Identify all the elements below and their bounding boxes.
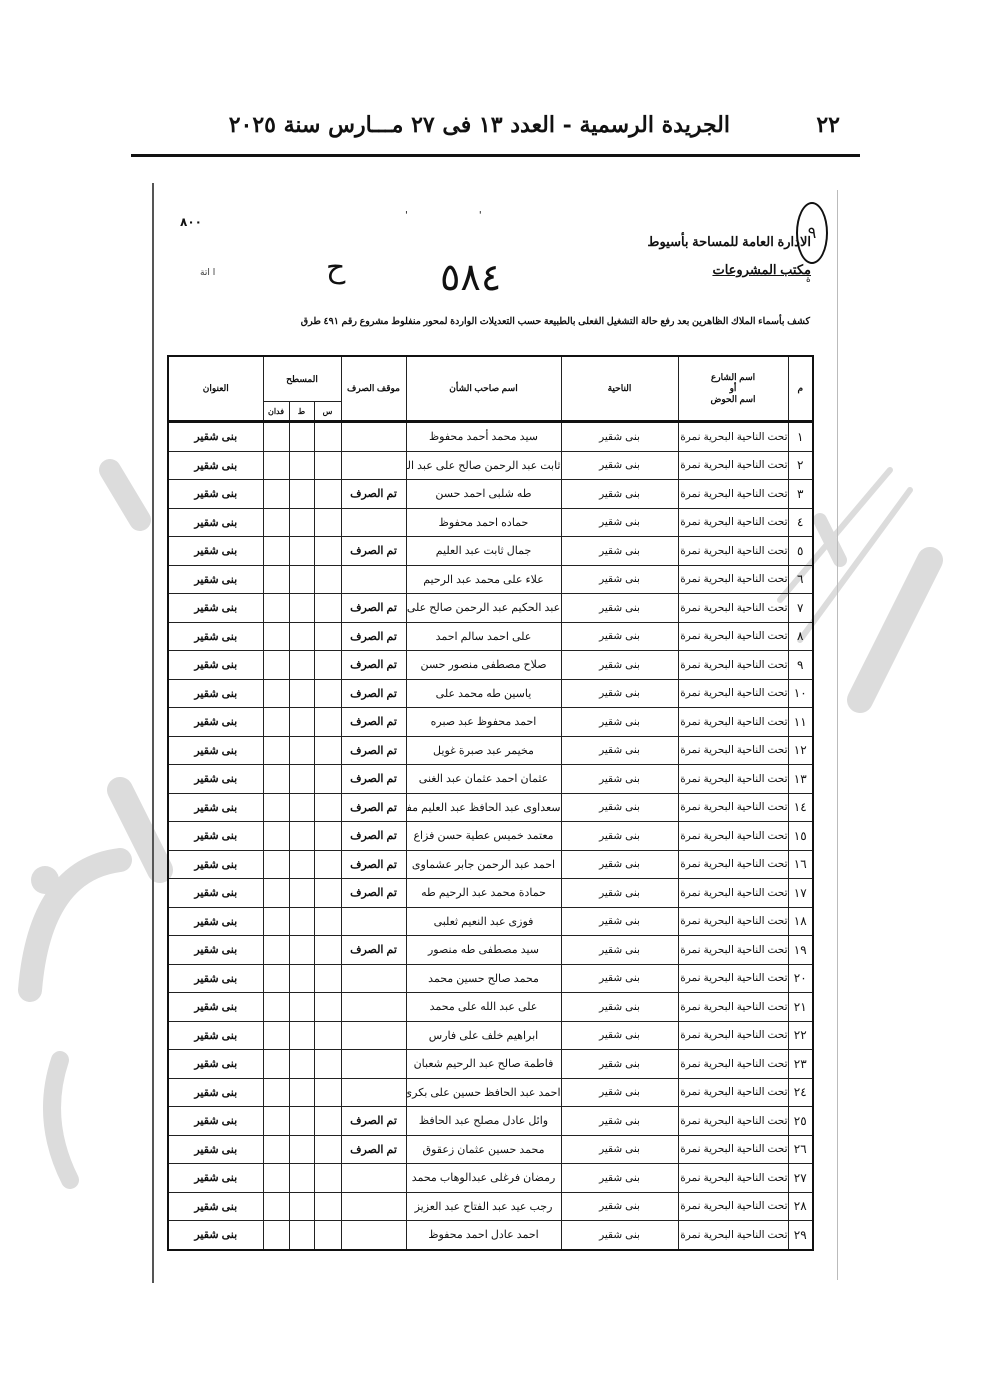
street-cell: تحت الناحية البحرية نمرة ٨ (678, 565, 788, 594)
table-row: ١تحت الناحية البحرية نمرة ٨بنى شقيرسيد م… (168, 422, 813, 452)
table-header: م اسم الشارع أو اسم الحوض الناحية اسم صا… (168, 356, 813, 422)
document-subtitle: كشف بأسماء الملاك الظاهرين بعد رفع حالة … (290, 316, 810, 327)
payment-status-cell: تم الصرف (341, 651, 406, 680)
address-cell: بنى شقير (168, 850, 263, 879)
area-qirat-cell (289, 537, 314, 566)
area-qirat-cell (289, 993, 314, 1022)
serial-cell: ٢٢ (788, 1021, 813, 1050)
village-cell: بنى شقير (561, 765, 678, 794)
address-cell: بنى شقير (168, 1021, 263, 1050)
address-cell: بنى شقير (168, 537, 263, 566)
area-qirat-cell (289, 1221, 314, 1250)
serial-cell: ٢٤ (788, 1078, 813, 1107)
village-cell: بنى شقير (561, 993, 678, 1022)
street-cell: تحت الناحية البحرية نمرة ٨ (678, 622, 788, 651)
area-sahm-cell (314, 1192, 341, 1221)
area-qirat-cell (289, 451, 314, 480)
table-row: ٦تحت الناحية البحرية نمرة ٨بنى شقيرعلاء … (168, 565, 813, 594)
address-cell: بنى شقير (168, 907, 263, 936)
street-cell: تحت الناحية البحرية نمرة ٨ (678, 451, 788, 480)
area-sahm-cell (314, 422, 341, 452)
table-row: ٢٠تحت الناحية البحرية نمرة ٨بنى شقيرمحمد… (168, 964, 813, 993)
payment-status-cell: تم الصرف (341, 537, 406, 566)
payment-status-cell (341, 565, 406, 594)
document-frame-right-border (837, 190, 838, 1280)
serial-cell: ١٣ (788, 765, 813, 794)
serial-cell: ٥ (788, 537, 813, 566)
address-cell: بنى شقير (168, 765, 263, 794)
owner-cell: معتمد خميس عطية حسن فزاع (406, 822, 561, 851)
area-sahm-cell (314, 1107, 341, 1136)
table-row: ١٤تحت الناحية البحرية نمرة ٨بنى شقيرسعدا… (168, 793, 813, 822)
payment-status-cell (341, 422, 406, 452)
table-row: ٤تحت الناحية البحرية نمرة ٨بنى شقيرحماده… (168, 508, 813, 537)
village-cell: بنى شقير (561, 1107, 678, 1136)
payment-status-cell (341, 964, 406, 993)
area-feddan-cell (263, 765, 289, 794)
area-qirat-cell (289, 936, 314, 965)
street-cell: تحت الناحية البحرية نمرة ٨ (678, 1192, 788, 1221)
street-cell: تحت الناحية البحرية نمرة ٨ (678, 679, 788, 708)
payment-status-cell: تم الصرف (341, 822, 406, 851)
area-feddan-cell (263, 622, 289, 651)
area-feddan-cell (263, 879, 289, 908)
header-area-feddan: فدان (263, 402, 289, 422)
area-feddan-cell (263, 850, 289, 879)
address-cell: بنى شقير (168, 422, 263, 452)
street-cell: تحت الناحية البحرية نمرة ٨ (678, 508, 788, 537)
table-row: ٢٥تحت الناحية البحرية نمرة ٨بنى شقيروائل… (168, 1107, 813, 1136)
area-feddan-cell (263, 651, 289, 680)
owner-cell: عثمان احمد عثمان عبد الغنى (406, 765, 561, 794)
area-sahm-cell (314, 964, 341, 993)
header-divider (131, 154, 860, 157)
payment-status-cell (341, 1021, 406, 1050)
serial-cell: ٢٧ (788, 1164, 813, 1193)
area-qirat-cell (289, 1107, 314, 1136)
gazette-title: الجريدة الرسمية - العدد ١٣ فى ٢٧ مـــارس… (229, 112, 730, 138)
street-cell: تحت الناحية البحرية نمرة ٨ (678, 907, 788, 936)
area-qirat-cell (289, 879, 314, 908)
table-row: ١٥تحت الناحية البحرية نمرة ٨بنى شقيرمعتم… (168, 822, 813, 851)
address-cell: بنى شقير (168, 451, 263, 480)
area-sahm-cell (314, 679, 341, 708)
area-sahm-cell (314, 708, 341, 737)
area-sahm-cell (314, 1164, 341, 1193)
payment-status-cell: تم الصرف (341, 622, 406, 651)
area-feddan-cell (263, 537, 289, 566)
address-cell: بنى شقير (168, 1107, 263, 1136)
area-feddan-cell (263, 508, 289, 537)
area-sahm-cell (314, 537, 341, 566)
owner-cell: احمد عبد الرحمن جابر عشماوى (406, 850, 561, 879)
owner-cell: احمد عادل احمد محفوظ (406, 1221, 561, 1250)
area-sahm-cell (314, 1221, 341, 1250)
area-sahm-cell (314, 879, 341, 908)
owner-cell: سيد مصطفى طه منصور (406, 936, 561, 965)
area-qirat-cell (289, 622, 314, 651)
table-row: ١٠تحت الناحية البحرية نمرة ٨بنى شقيرياسي… (168, 679, 813, 708)
payment-status-cell (341, 1221, 406, 1250)
address-cell: بنى شقير (168, 1164, 263, 1193)
header-area-qirat: ط (289, 402, 314, 422)
street-cell: تحت الناحية البحرية نمرة ٨ (678, 1221, 788, 1250)
department-name: الادارة العامة للمساحة بأسيوط (647, 228, 811, 256)
address-cell: بنى شقير (168, 1050, 263, 1079)
payment-status-cell (341, 508, 406, 537)
payment-status-cell (341, 1050, 406, 1079)
serial-cell: ٢ (788, 451, 813, 480)
table-row: ١٦تحت الناحية البحرية نمرة ٨بنى شقيراحمد… (168, 850, 813, 879)
owner-cell: ياسين طه محمد على (406, 679, 561, 708)
page-number: ٢٢ (816, 112, 840, 138)
serial-cell: ٢٥ (788, 1107, 813, 1136)
serial-cell: ١١ (788, 708, 813, 737)
table-row: ٢٤تحت الناحية البحرية نمرة ٨بنى شقيراحمد… (168, 1078, 813, 1107)
serial-cell: ٤ (788, 508, 813, 537)
area-feddan-cell (263, 1221, 289, 1250)
address-cell: بنى شقير (168, 1221, 263, 1250)
village-cell: بنى شقير (561, 736, 678, 765)
table-row: ١٨تحت الناحية البحرية نمرة ٨بنى شقيرفوزى… (168, 907, 813, 936)
street-cell: تحت الناحية البحرية نمرة ٨ (678, 793, 788, 822)
area-qirat-cell (289, 1135, 314, 1164)
street-cell: تحت الناحية البحرية نمرة ٨ (678, 850, 788, 879)
owners-table: م اسم الشارع أو اسم الحوض الناحية اسم صا… (167, 355, 814, 1251)
village-cell: بنى شقير (561, 1078, 678, 1107)
street-cell: تحت الناحية البحرية نمرة ٨ (678, 879, 788, 908)
street-cell: تحت الناحية البحرية نمرة ٨ (678, 1107, 788, 1136)
payment-status-cell (341, 1078, 406, 1107)
payment-status-cell: تم الصرف (341, 879, 406, 908)
address-cell: بنى شقير (168, 508, 263, 537)
serial-cell: ٢٠ (788, 964, 813, 993)
street-cell: تحت الناحية البحرية نمرة ٨ (678, 422, 788, 452)
owner-cell: محمد صالح حسين محمد (406, 964, 561, 993)
stamp-marks-secondary: ا اتة (200, 268, 215, 278)
area-qirat-cell (289, 964, 314, 993)
serial-cell: ١٩ (788, 936, 813, 965)
owner-cell: عبد الحكيم عبد الرحمن صالح على (406, 594, 561, 623)
area-sahm-cell (314, 765, 341, 794)
handwritten-mark: ح (326, 250, 345, 285)
area-feddan-cell (263, 793, 289, 822)
table-row: ١٣تحت الناحية البحرية نمرة ٨بنى شقيرعثما… (168, 765, 813, 794)
header-area: المسطح (263, 356, 341, 402)
serial-cell: ٢٦ (788, 1135, 813, 1164)
village-cell: بنى شقير (561, 537, 678, 566)
village-cell: بنى شقير (561, 679, 678, 708)
area-qirat-cell (289, 822, 314, 851)
street-cell: تحت الناحية البحرية نمرة ٨ (678, 964, 788, 993)
street-cell: تحت الناحية البحرية نمرة ٨ (678, 480, 788, 509)
owner-cell: على احمد سالم احمد (406, 622, 561, 651)
owner-cell: حمادة محمد عبد الرحيم طه (406, 879, 561, 908)
village-cell: بنى شقير (561, 1192, 678, 1221)
village-cell: بنى شقير (561, 793, 678, 822)
owner-cell: فوزى عبد النعيم ثعلبى (406, 907, 561, 936)
address-cell: بنى شقير (168, 1135, 263, 1164)
area-feddan-cell (263, 822, 289, 851)
street-cell: تحت الناحية البحرية نمرة ٨ (678, 822, 788, 851)
area-feddan-cell (263, 1135, 289, 1164)
owner-cell: رمضان فرغلى عبدالوهاب محمد (406, 1164, 561, 1193)
table-row: ٢٧تحت الناحية البحرية نمرة ٨بنى شقيررمضا… (168, 1164, 813, 1193)
area-sahm-cell (314, 480, 341, 509)
area-feddan-cell (263, 936, 289, 965)
area-qirat-cell (289, 422, 314, 452)
owner-cell: مخيمر عبد صبرة غويل (406, 736, 561, 765)
area-feddan-cell (263, 736, 289, 765)
address-cell: بنى شقير (168, 1078, 263, 1107)
area-qirat-cell (289, 1164, 314, 1193)
area-sahm-cell (314, 1021, 341, 1050)
area-sahm-cell (314, 565, 341, 594)
table-row: ٢٢تحت الناحية البحرية نمرة ٨بنى شقيرابرا… (168, 1021, 813, 1050)
payment-status-cell: تم الصرف (341, 736, 406, 765)
payment-status-cell (341, 451, 406, 480)
area-feddan-cell (263, 565, 289, 594)
area-feddan-cell (263, 1078, 289, 1107)
serial-cell: ٢٨ (788, 1192, 813, 1221)
area-sahm-cell (314, 508, 341, 537)
header-street-line-2: أو (679, 383, 788, 394)
area-feddan-cell (263, 1192, 289, 1221)
area-qirat-cell (289, 765, 314, 794)
street-cell: تحت الناحية البحرية نمرة ٨ (678, 708, 788, 737)
area-qirat-cell (289, 651, 314, 680)
area-feddan-cell (263, 594, 289, 623)
village-cell: بنى شقير (561, 907, 678, 936)
payment-status-cell: تم الصرف (341, 793, 406, 822)
serial-cell: ١٢ (788, 736, 813, 765)
area-qirat-cell (289, 1021, 314, 1050)
address-cell: بنى شقير (168, 936, 263, 965)
serial-cell: ١٧ (788, 879, 813, 908)
header-street-line-3: اسم الحوض (679, 394, 788, 405)
table-row: ٧تحت الناحية البحرية نمرة ٨بنى شقيرعبد ا… (168, 594, 813, 623)
serial-cell: ٢٩ (788, 1221, 813, 1250)
serial-cell: ١٠ (788, 679, 813, 708)
village-cell: بنى شقير (561, 1135, 678, 1164)
area-feddan-cell (263, 708, 289, 737)
serial-cell: ١٨ (788, 907, 813, 936)
owner-cell: علاء على محمد عبد الرحيم (406, 565, 561, 594)
area-qirat-cell (289, 850, 314, 879)
address-cell: بنى شقير (168, 679, 263, 708)
serial-cell: ٦ (788, 565, 813, 594)
village-cell: بنى شقير (561, 622, 678, 651)
serial-cell: ٣ (788, 480, 813, 509)
handwritten-number: ٥٨٤ (440, 255, 501, 299)
address-cell: بنى شقير (168, 793, 263, 822)
area-feddan-cell (263, 679, 289, 708)
area-sahm-cell (314, 850, 341, 879)
area-feddan-cell (263, 1021, 289, 1050)
street-cell: تحت الناحية البحرية نمرة ٨ (678, 736, 788, 765)
area-sahm-cell (314, 622, 341, 651)
header-owner: اسم صاحب الشأن (406, 356, 561, 422)
address-cell: بنى شقير (168, 1192, 263, 1221)
village-cell: بنى شقير (561, 1164, 678, 1193)
address-cell: بنى شقير (168, 822, 263, 851)
header-village: الناحية (561, 356, 678, 422)
table-row: ٢١تحت الناحية البحرية نمرة ٨بنى شقيرعلى … (168, 993, 813, 1022)
owner-cell: على عبد الله على محمد (406, 993, 561, 1022)
area-qirat-cell (289, 565, 314, 594)
street-cell: تحت الناحية البحرية نمرة ٨ (678, 1050, 788, 1079)
area-feddan-cell (263, 1050, 289, 1079)
area-feddan-cell (263, 480, 289, 509)
serial-cell: ٩ (788, 651, 813, 680)
village-cell: بنى شقير (561, 1021, 678, 1050)
address-cell: بنى شقير (168, 708, 263, 737)
table-row: ٩تحت الناحية البحرية نمرة ٨بنى شقيرصلاح … (168, 651, 813, 680)
payment-status-cell (341, 1192, 406, 1221)
street-cell: تحت الناحية البحرية نمرة ٨ (678, 651, 788, 680)
payment-status-cell: تم الصرف (341, 594, 406, 623)
street-cell: تحت الناحية البحرية نمرة ٨ (678, 765, 788, 794)
header-area-sahm: س (314, 402, 341, 422)
village-cell: بنى شقير (561, 651, 678, 680)
area-sahm-cell (314, 936, 341, 965)
village-cell: بنى شقير (561, 480, 678, 509)
address-cell: بنى شقير (168, 736, 263, 765)
village-cell: بنى شقير (561, 422, 678, 452)
owner-cell: صلاح مصطفى منصور حسن (406, 651, 561, 680)
area-feddan-cell (263, 451, 289, 480)
owner-cell: ثابت عبد الرحمن صالح على عبد الرحمن (406, 451, 561, 480)
header-serial: م (788, 356, 813, 422)
area-feddan-cell (263, 907, 289, 936)
area-sahm-cell (314, 594, 341, 623)
area-qirat-cell (289, 1078, 314, 1107)
payment-status-cell: تم الصرف (341, 936, 406, 965)
document-frame-left-border (152, 183, 154, 1283)
area-qirat-cell (289, 736, 314, 765)
village-cell: بنى شقير (561, 451, 678, 480)
street-cell: تحت الناحية البحرية نمرة ٨ (678, 1135, 788, 1164)
area-feddan-cell (263, 993, 289, 1022)
area-feddan-cell (263, 422, 289, 452)
serial-cell: ١٦ (788, 850, 813, 879)
village-cell: بنى شقير (561, 936, 678, 965)
village-cell: بنى شقير (561, 822, 678, 851)
payment-status-cell: تم الصرف (341, 765, 406, 794)
area-feddan-cell (263, 1164, 289, 1193)
street-cell: تحت الناحية البحرية نمرة ٨ (678, 1078, 788, 1107)
header-street: اسم الشارع أو اسم الحوض (678, 356, 788, 422)
village-cell: بنى شقير (561, 1050, 678, 1079)
area-sahm-cell (314, 793, 341, 822)
area-qirat-cell (289, 907, 314, 936)
village-cell: بنى شقير (561, 1221, 678, 1250)
area-qirat-cell (289, 1050, 314, 1079)
street-cell: تحت الناحية البحرية نمرة ٨ (678, 537, 788, 566)
header-payment-status: موقف الصرف (341, 356, 406, 422)
payment-status-cell: تم الصرف (341, 679, 406, 708)
section-name: مكتب المشروعات (647, 256, 811, 284)
payment-status-cell (341, 993, 406, 1022)
table-row: ٢٨تحت الناحية البحرية نمرة ٨بنى شقيررجب … (168, 1192, 813, 1221)
owner-cell: وائل عادل مصلح عبد الحافظ (406, 1107, 561, 1136)
address-cell: بنى شقير (168, 993, 263, 1022)
table-row: ٣تحت الناحية البحرية نمرة ٨بنى شقيرطه شل… (168, 480, 813, 509)
payment-status-cell: تم الصرف (341, 1135, 406, 1164)
address-cell: بنى شقير (168, 594, 263, 623)
table-row: ٨تحت الناحية البحرية نمرة ٨بنى شقيرعلى ا… (168, 622, 813, 651)
address-cell: بنى شقير (168, 879, 263, 908)
area-qirat-cell (289, 480, 314, 509)
owner-cell: ابراهيم خلف على فارس (406, 1021, 561, 1050)
serial-cell: ٨ (788, 622, 813, 651)
table-row: ٢٩تحت الناحية البحرية نمرة ٨بنى شقيراحمد… (168, 1221, 813, 1250)
header-street-line-1: اسم الشارع (679, 372, 788, 383)
street-cell: تحت الناحية البحرية نمرة ٨ (678, 1021, 788, 1050)
village-cell: بنى شقير (561, 508, 678, 537)
serial-cell: ١ (788, 422, 813, 452)
street-cell: تحت الناحية البحرية نمرة ٨ (678, 993, 788, 1022)
header-address: العنوان (168, 356, 263, 422)
street-cell: تحت الناحية البحرية نمرة ٨ (678, 936, 788, 965)
village-cell: بنى شقير (561, 565, 678, 594)
owner-cell: طه شلبى احمد حسن (406, 480, 561, 509)
area-sahm-cell (314, 1135, 341, 1164)
area-sahm-cell (314, 736, 341, 765)
gazette-header: ٢٢ الجريدة الرسمية - العدد ١٣ فى ٢٧ مـــ… (130, 108, 860, 148)
owner-cell: احمد عبد الحافظ حسين على بكرى (406, 1078, 561, 1107)
address-cell: بنى شقير (168, 480, 263, 509)
village-cell: بنى شقير (561, 708, 678, 737)
table-row: ٢٦تحت الناحية البحرية نمرة ٨بنى شقيرمحمد… (168, 1135, 813, 1164)
address-cell: بنى شقير (168, 964, 263, 993)
payment-status-cell: تم الصرف (341, 850, 406, 879)
serial-cell: ١٥ (788, 822, 813, 851)
area-sahm-cell (314, 907, 341, 936)
table-row: ٢٣تحت الناحية البحرية نمرة ٨بنى شقيرفاطم… (168, 1050, 813, 1079)
area-sahm-cell (314, 993, 341, 1022)
owner-cell: فاطمة صالح عبد الرحيم شعبان (406, 1050, 561, 1079)
owner-cell: سعداوى عبد الحافظ عبد العليم مفتاح (406, 793, 561, 822)
table-body: ١تحت الناحية البحرية نمرة ٨بنى شقيرسيد م… (168, 422, 813, 1250)
table-row: ٢تحت الناحية البحرية نمرة ٨بنى شقيرثابت … (168, 451, 813, 480)
area-qirat-cell (289, 793, 314, 822)
address-cell: بنى شقير (168, 622, 263, 651)
street-cell: تحت الناحية البحرية نمرة ٨ (678, 1164, 788, 1193)
owner-cell: رجب عيد عبد الفتاح عبد العزيز (406, 1192, 561, 1221)
payment-status-cell: تم الصرف (341, 480, 406, 509)
serial-cell: ٧ (788, 594, 813, 623)
village-cell: بنى شقير (561, 964, 678, 993)
area-feddan-cell (263, 964, 289, 993)
table-row: ٥تحت الناحية البحرية نمرة ٨بنى شقيرجمال … (168, 537, 813, 566)
office-heading: الادارة العامة للمساحة بأسيوط مكتب المشر… (647, 228, 811, 284)
area-sahm-cell (314, 451, 341, 480)
address-cell: بنى شقير (168, 651, 263, 680)
area-feddan-cell (263, 1107, 289, 1136)
area-qirat-cell (289, 1192, 314, 1221)
serial-cell: ١٤ (788, 793, 813, 822)
serial-cell: ٢١ (788, 993, 813, 1022)
table-row: ١٩تحت الناحية البحرية نمرة ٨بنى شقيرسيد … (168, 936, 813, 965)
payment-status-cell (341, 1164, 406, 1193)
owner-cell: جمال ثابت عبد العليم (406, 537, 561, 566)
payment-status-cell (341, 907, 406, 936)
owner-cell: حماده احمد محفوظ (406, 508, 561, 537)
owner-cell: احمد محفوظ عبد صبره (406, 708, 561, 737)
village-cell: بنى شقير (561, 879, 678, 908)
area-sahm-cell (314, 651, 341, 680)
